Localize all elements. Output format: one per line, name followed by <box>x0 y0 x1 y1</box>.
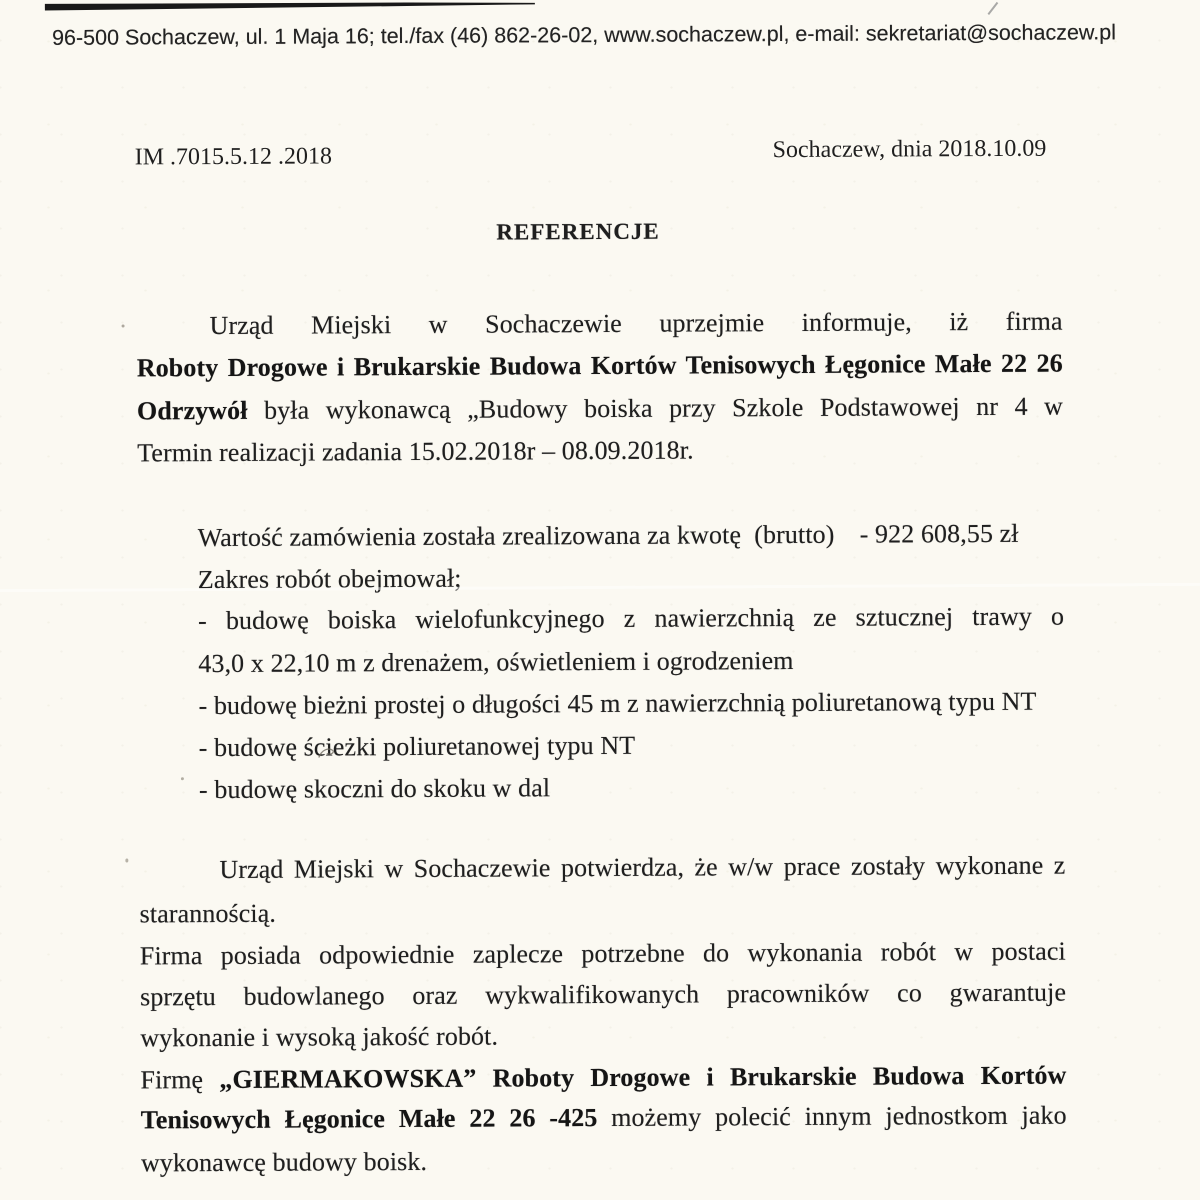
order-value-label: Wartość zamówienia została zrealizowana … <box>198 520 835 552</box>
recommendation-line-3: wykonawcę budowy boisk. <box>141 1142 1067 1182</box>
intro-line-2: Roboty Drogowe i Brukarskie Budowa Kortó… <box>137 347 1063 387</box>
scope-item-4: - budowę skoczni do skoku w dal <box>199 769 1065 809</box>
scope-item-2: - budowę bieżni prostej o długości 45 m … <box>198 685 1064 725</box>
confirmation-line-1: Urząd Miejski w Sochaczewie potwierdza, … <box>139 849 1065 889</box>
recommendation-line-1: Firmę „GIERMAKOWSKA” Roboty Drogowe i Br… <box>140 1059 1066 1099</box>
recommendation-line-1-text: Firmę <box>140 1065 219 1094</box>
letterhead-address-line: 96-500 Sochaczew, ul. 1 Maja 16; tel./fa… <box>52 18 1172 54</box>
recommendation-line-2: Tenisowych Łęgonice Małe 22 26 -425 może… <box>141 1099 1067 1139</box>
intro-line-3: Odrzywół była wykonawcą „Budowy boiska p… <box>137 390 1063 430</box>
company-town-bold: Odrzywół <box>137 396 248 426</box>
scanned-document-page: 96-500 Sochaczew, ul. 1 Maja 16; tel./fa… <box>0 0 1200 1200</box>
intro-line-1-text: Urząd Miejski w Sochaczewie uprzejmie in… <box>209 307 1062 340</box>
scan-speck-artifact <box>125 858 128 862</box>
document-title: REFERENCJE <box>428 218 728 252</box>
project-term-line: Termin realizacji zadania 15.02.2018r – … <box>137 432 1063 472</box>
confirmation-line-5: wykonanie i wysoką jakość robót. <box>140 1017 1066 1057</box>
reference-number: IM .7015.5.12 .2018 <box>135 143 333 176</box>
intro-line-3-text: była wykonawcą „Budowy boiska przy Szkol… <box>137 392 1063 430</box>
intro-line-1: Urząd Miejski w Sochaczewie uprzejmie in… <box>136 305 1062 345</box>
confirmation-line-2: starannością. <box>140 893 1066 933</box>
recommendation-company-bold-2: Tenisowych Łęgonice Małe 22 26 -425 <box>141 1103 598 1134</box>
document-sheet: 96-500 Sochaczew, ul. 1 Maja 16; tel./fa… <box>0 0 1200 1200</box>
order-value-line: Wartość zamówienia została zrealizowana … <box>198 517 1064 557</box>
confirmation-line-4: sprzętu budowlanego oraz wykwalifikowany… <box>140 976 1066 1016</box>
scope-heading: Zakres robót obejmował; <box>198 559 1064 599</box>
place-date-line: Sochaczew, dnia 2018.10.09 <box>773 136 1047 169</box>
order-value-amount: - 922 608,55 zł <box>860 517 1019 552</box>
scan-speck-artifact <box>181 777 184 780</box>
scan-edge-bar-artifact <box>0 0 1197 17</box>
scan-squiggle-artifact <box>317 745 339 761</box>
scope-item-1-line-2: 43,0 x 22,10 m z drenażem, oświetleniem … <box>198 643 1064 683</box>
scan-speck-artifact <box>122 324 125 327</box>
scope-item-1-line-1: - budowę boiska wielofunkcyjnego z nawie… <box>198 600 1064 640</box>
confirmation-line-3: Firma posiada odpowiednie zaplecze potrz… <box>140 935 1066 975</box>
recommendation-company-bold-1: „GIERMAKOWSKA” Roboty Drogowe i Brukarsk… <box>219 1061 1066 1094</box>
